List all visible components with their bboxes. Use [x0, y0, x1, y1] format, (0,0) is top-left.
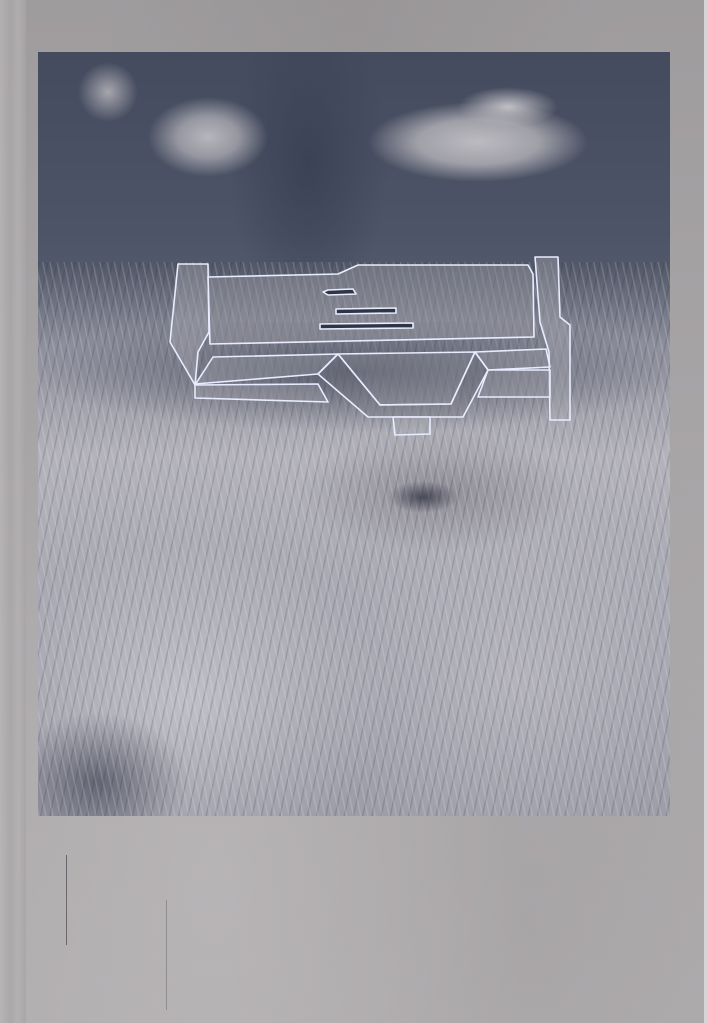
paper-crease [66, 855, 67, 945]
paper-page [0, 0, 708, 1023]
bench-outline [38, 52, 670, 816]
bench-photograph [38, 52, 670, 816]
paper-right-edge [704, 0, 708, 1023]
paper-crease [166, 900, 167, 1010]
paper-left-edge [0, 0, 26, 1023]
